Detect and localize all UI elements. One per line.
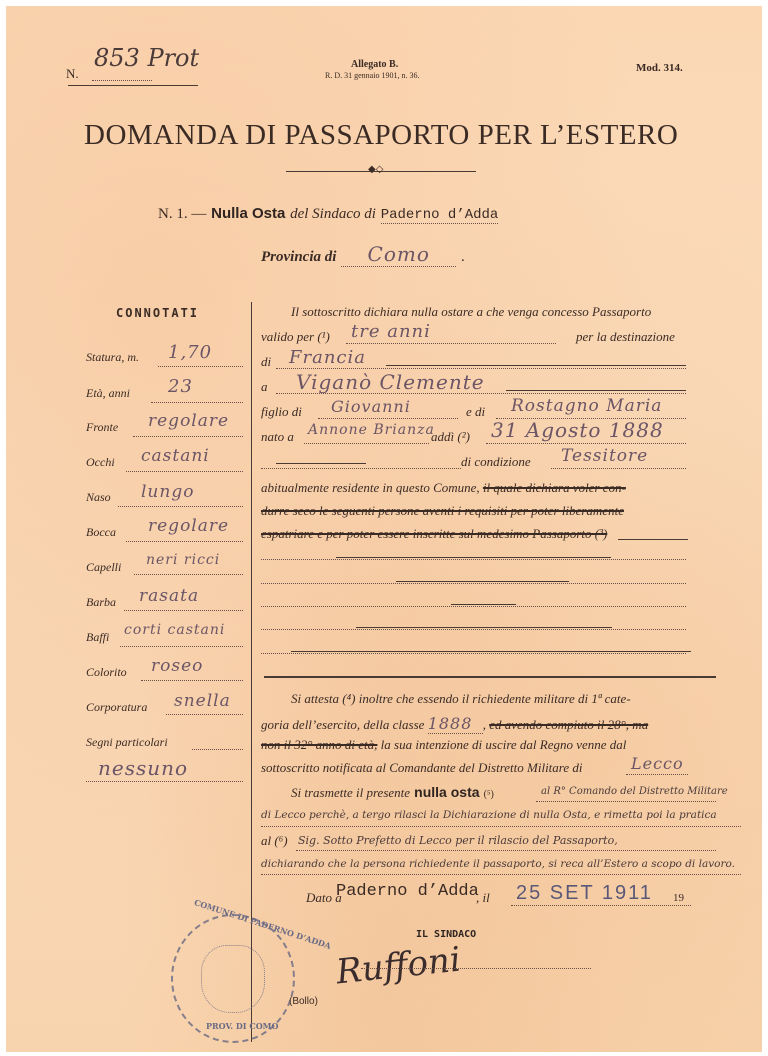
classe-label: goria dell’esercito, della classe (261, 717, 424, 732)
signature-line (361, 968, 591, 969)
blank-fill-stroke (276, 463, 366, 464)
condizione-value: Tessitore (561, 446, 648, 466)
field-line-bocca (126, 541, 243, 542)
protocol-number-value: 853 Prot (94, 44, 199, 72)
passport-application-document: N. 853 Prot Allegato B. R. D. 31 gennaio… (6, 6, 762, 1052)
person-line-2 (261, 583, 686, 584)
distretto-field-line (626, 774, 688, 775)
field-line-segni (192, 749, 243, 750)
value-baffi: corti castani (124, 622, 225, 638)
provincia-line: Provincia di Como . (261, 242, 465, 267)
field-line-naso (118, 506, 243, 507)
label-segni-particolari: Segni particolari (86, 735, 168, 750)
nulla-osta-label: Nulla Osta (211, 205, 285, 222)
transmit-line-1-dots (536, 801, 716, 802)
bollo-label: (Bollo) (289, 996, 318, 1007)
field-line-segni-2 (86, 781, 243, 782)
field-line-capelli (134, 574, 243, 575)
field-line-fronte (133, 436, 243, 437)
intenzione-text: la sua intenzione di uscire dal Regno ve… (381, 737, 627, 752)
residente-text: abitualmente residente in questo Comune, (261, 480, 480, 495)
madre-value: Rostagno Maria (511, 396, 662, 416)
value-fronte: regolare (148, 411, 229, 431)
struck-text-2: durre seco le seguenti persone aventi i … (261, 503, 624, 519)
military-line-4: sottoscritto notificata al Comandante de… (261, 760, 583, 776)
del-sindaco-label: del Sindaco di (290, 206, 376, 222)
person-line-5-stroke (291, 651, 691, 652)
valido-value: tre anni (351, 321, 431, 342)
transmit-hand-2: di Lecco perchè, a tergo rilasci la Dich… (261, 809, 717, 821)
person-line-3 (261, 606, 686, 607)
value-segni-particolari: nessuno (98, 756, 188, 780)
struck-military-2: non il 32° anno di età, (261, 737, 377, 752)
provincia-period: . (461, 249, 465, 265)
field-line-occhi (126, 471, 243, 472)
label-occhi: Occhi (86, 455, 115, 470)
person-line-2-stroke (396, 581, 569, 582)
military-line-2: goria dell’esercito, della classe 1888, … (261, 714, 648, 734)
protocol-number-label: N. (66, 66, 79, 82)
label-statura: Statura, m. (86, 350, 139, 365)
luogo-nascita-field-line (304, 443, 429, 444)
label-colorito: Colorito (86, 665, 127, 680)
data-nascita-field-line (486, 443, 686, 444)
connotati-heading: CONNOTATI (116, 306, 199, 320)
figlio-label: figlio di (261, 404, 302, 420)
transmit-line-2-dots (261, 826, 741, 827)
value-corporatura: snella (174, 691, 231, 711)
section-number: N. 1. — (158, 206, 206, 222)
label-baffi: Baffi (86, 630, 109, 645)
protocol-flourish (68, 85, 198, 86)
transmit-line-4-dots (261, 874, 741, 875)
padre-value: Giovanni (331, 397, 411, 416)
page-title: DOMANDA DI PASSAPORTO PER L’ESTERO (84, 119, 678, 152)
padre-field-line (318, 418, 458, 419)
model-number: Mod. 314. (636, 62, 683, 74)
residente-line: abitualmente residente in questo Comune,… (261, 480, 626, 496)
value-occhi: castani (141, 446, 210, 466)
label-capelli: Capelli (86, 560, 121, 575)
di-label: di (261, 354, 271, 370)
struck-text-3: espatriare e per poter essere inscritte … (261, 526, 607, 542)
transmit-hand-3: Sig. Sotto Prefetto di Lecco per il rila… (298, 834, 618, 847)
valido-field-line (346, 343, 556, 344)
stamp-text-bottom: PROV. DI COMO (206, 1021, 279, 1031)
field-line-baffi (120, 646, 243, 647)
person-line-1-stroke (336, 557, 611, 558)
value-eta: 23 (168, 376, 193, 397)
label-corporatura: Corporatura (86, 700, 147, 715)
al-label: al (⁶) (261, 833, 288, 849)
condizione-field-line (551, 468, 686, 469)
field-line-eta (151, 402, 243, 403)
person-line-4 (261, 629, 686, 630)
destinazione-value: Francia (289, 347, 366, 368)
person-line-4-stroke (356, 627, 612, 628)
date-field-line (511, 905, 691, 906)
value-colorito: roseo (151, 656, 203, 676)
provincia-label: Provincia di (261, 249, 336, 265)
e-di-label: e di (466, 404, 485, 420)
section-divider (264, 676, 716, 678)
transmit-prefix: Si trasmette il presente (291, 785, 410, 800)
coat-of-arms-icon (201, 945, 265, 1013)
label-bocca: Bocca (86, 525, 116, 540)
title-ornament-icon: ◆◇ (368, 164, 383, 175)
transmit-hand-1: al R° Comando del Distretto Militare (541, 786, 728, 797)
label-fronte: Fronte (86, 420, 118, 435)
person-line-3-stroke (451, 604, 516, 605)
dato-luogo: Paderno d’Adda (336, 882, 479, 901)
field-line-statura (158, 366, 243, 367)
military-line-3: non il 32° anno di età, la sua intenzion… (261, 737, 626, 753)
a-label: a (261, 379, 268, 395)
sindaco-label: IL SINDACO (416, 929, 476, 940)
valido-label: valido per (¹) (261, 329, 330, 345)
allegato-label: Allegato B. (351, 59, 398, 70)
person-line-1 (261, 559, 686, 560)
distretto-value: Lecco (631, 754, 684, 773)
nome-fill-stroke (506, 390, 686, 391)
protocol-underline (92, 80, 152, 81)
nulla-osta-heading: N. 1. — Nulla Osta del Sindaco di Padern… (158, 204, 498, 223)
comune-stamp: Paderno d’Adda (381, 207, 499, 224)
military-line-1: Si attesta (⁴) inoltre che essendo il ri… (291, 691, 631, 707)
transmit-line-1: Si trasmette il presente nulla osta (⁵) (291, 784, 494, 801)
data-nascita-value: 31 Agosto 1888 (491, 418, 664, 442)
provincia-value: Como (341, 242, 456, 267)
addi-label: addì (²) (431, 429, 470, 445)
value-barba: rasata (139, 586, 199, 606)
label-naso: Naso (86, 490, 111, 505)
decree-reference: R. D. 31 gennaio 1901, n. 36. (325, 71, 419, 80)
condizione-label: di condizione (461, 454, 531, 470)
year-suffix: 19 (673, 892, 684, 904)
blank-field-line (261, 468, 461, 469)
nato-label: nato a (261, 429, 294, 445)
label-barba: Barba (86, 595, 116, 610)
struck-text-1: il quale dichiara voler con- (483, 480, 626, 495)
richiedente-nome: Viganò Clemente (296, 370, 485, 394)
note-5: (⁵) (484, 789, 494, 800)
struck-tail-stroke (618, 539, 688, 540)
destinazione-field-line (276, 368, 686, 369)
field-line-colorito (141, 680, 243, 681)
sindaco-signature: Ruffoni (334, 940, 462, 993)
person-line-5 (261, 653, 686, 654)
destinazione-label: per la destinazione (576, 329, 675, 345)
nulla-osta-bold: nulla osta (414, 784, 479, 800)
il-label: , il (476, 890, 490, 906)
transmit-line-3-dots (296, 850, 716, 851)
date-stamp: 25 SET 1911 (516, 882, 653, 905)
declaration-intro: Il sottoscritto dichiara nulla ostare a … (291, 304, 651, 320)
value-statura: 1,70 (168, 342, 212, 363)
value-bocca: regolare (148, 516, 229, 536)
label-eta: Età, anni (86, 386, 130, 401)
classe-value: 1888 (428, 714, 483, 734)
field-line-corporatura (166, 714, 243, 715)
destinazione-fill-stroke (386, 365, 686, 366)
value-naso: lungo (141, 482, 194, 502)
transmit-hand-4: dichiarando che la persona richiedente i… (261, 858, 735, 870)
value-capelli: neri ricci (146, 552, 220, 568)
struck-military-1: ed avendo compiuto il 28°, ma (489, 717, 648, 732)
field-line-barba (124, 610, 243, 611)
luogo-nascita-value: Annone Brianza (308, 422, 435, 438)
